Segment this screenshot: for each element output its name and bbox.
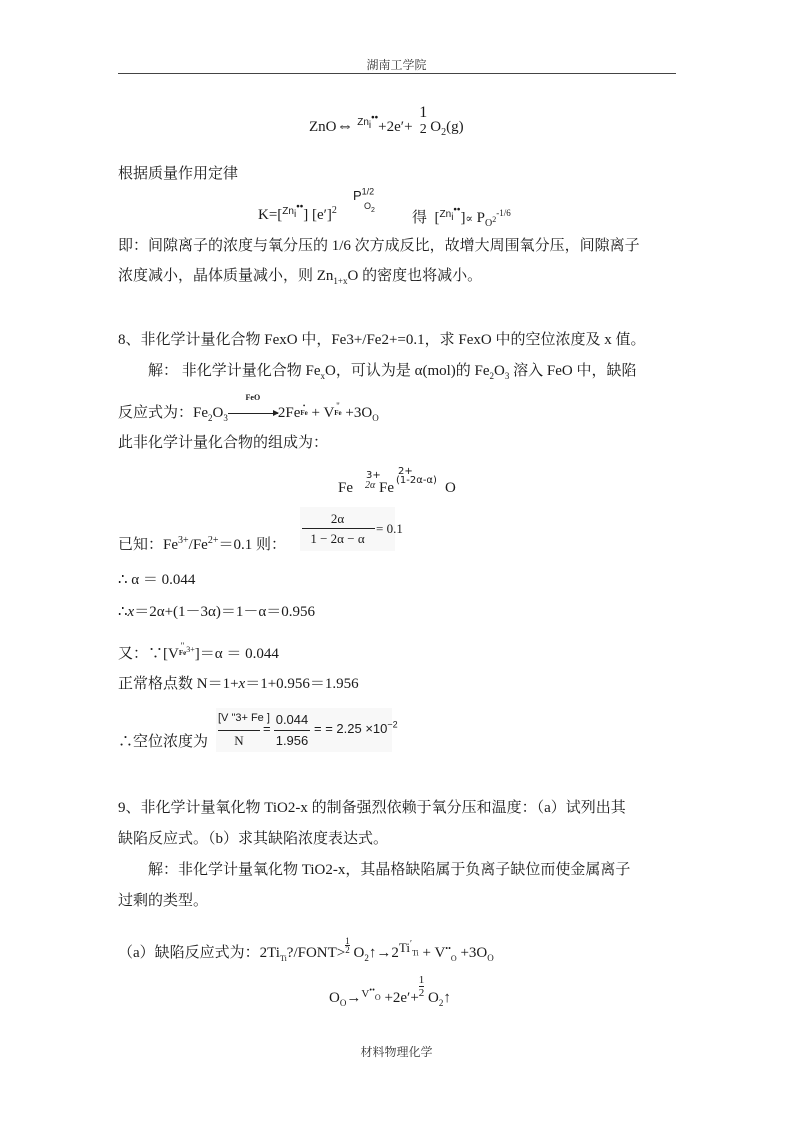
solution-9-line-1: 解：非化学计量氧化物 TiO2-x，其晶格缺陷属于负离子缺位而使金属离子 <box>148 863 630 878</box>
mass-action-law-label: 根据质量作用定律 <box>118 167 238 182</box>
x-result: ∴x＝2α+(1－3α)＝1－α＝0.956 <box>118 605 315 620</box>
question-8: 8、非化学计量化合物 FexO 中，Fe3+/Fe2+=0.1，求 FexO 中… <box>118 333 645 348</box>
equation-equilibrium-constant: K=[Zni••] [e′]2 P1/2 O2 得 [Zni••]∝ PO2-1… <box>258 186 578 226</box>
page-footer-title: 材料物理化学 <box>0 1043 793 1060</box>
solution-8-intro: 解： 非化学计量化合物 FexO，可认为是 α(mol)的 Fe2O3 溶入 F… <box>148 364 636 379</box>
question-9-line-2: 缺陷反应式。（b）求其缺陷浓度表达式。 <box>118 832 388 847</box>
vacancy-concentration-label: ∴空位浓度为 <box>118 735 208 750</box>
header-divider <box>118 73 676 74</box>
vacancy-concentration-line: 又：∵[V"Fe3+]＝α ＝ 0.044 <box>118 643 279 662</box>
ratio-fraction: 2α 1 − 2α − α = 0.1 <box>300 507 395 551</box>
conclusion-line-2: 浓度减小，晶体质量减小，则 Zn1+xO 的密度也将减小。 <box>118 269 482 284</box>
alpha-result: ∴ α ＝ 0.044 <box>118 573 195 588</box>
reaction-arrow: FeO <box>228 406 278 421</box>
question-9-line-1: 9、非化学计量氧化物 TiO2-x 的制备强烈依赖于氧分压和温度：（a）试列出其 <box>118 801 626 816</box>
composition-formula: Fe 3+ 2α Fe 2+ (1-2α-α) O <box>338 470 478 500</box>
reaction-equation-9a: （a）缺陷反应式为：2TiTi?/FONT>12 O2↑→2Ti′Ti + V•… <box>118 937 494 961</box>
reaction-equation-9b: OO→V••O +2e′+12 O2↑ <box>329 974 451 1006</box>
known-ratio-line: 已知：Fe3+/Fe2+＝0.1 则： <box>118 538 286 553</box>
page-header-title: 湖南工学院 <box>0 56 793 73</box>
solution-9-line-2: 过剩的类型。 <box>118 894 208 909</box>
conclusion-line-1: 即：间隙离子的浓度与氧分压的 1/6 次方成反比，故增大周围氧分压，间隙离子 <box>118 239 640 254</box>
composition-label: 此非化学计量化合物的组成为： <box>118 436 328 451</box>
lattice-points-line: 正常格点数 N＝1+x＝1+0.956＝1.956 <box>118 677 359 692</box>
equation-zno-dissociation: ZnO⇔ Zni••+2e′+ 12O2(g) <box>309 104 464 138</box>
vacancy-concentration-formula: [V "3+ Fe ] N = 0.044 1.956 = = 2.25 ×10… <box>216 708 392 752</box>
reaction-equation-8: 反应式为：Fe2O3FeO2Fe•Fe + V"Fe +3OO <box>118 403 379 421</box>
